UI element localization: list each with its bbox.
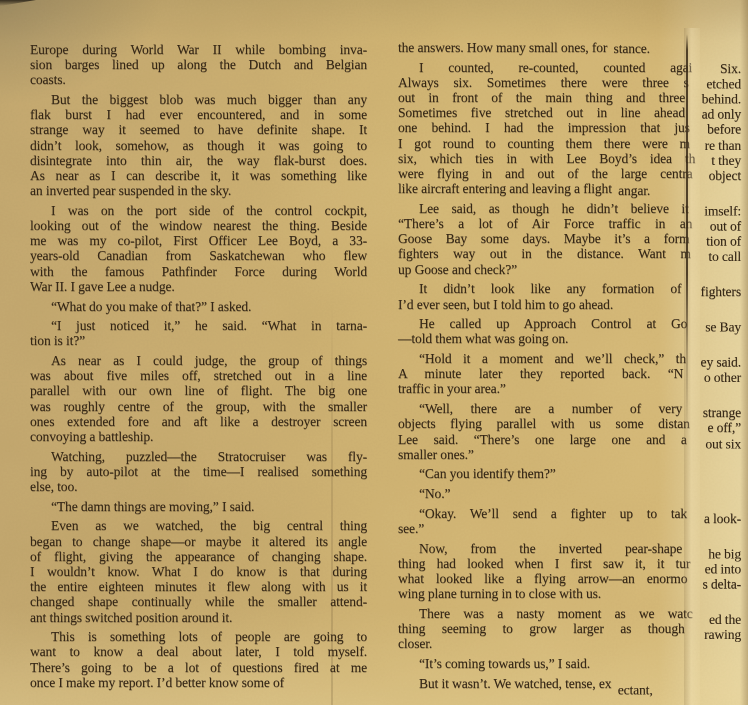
line-text: changed shape continually while the smal… (30, 594, 367, 609)
line-text: wing plane turning in to close with us. (398, 586, 601, 601)
line-text: thing had looked when I first saw it, it… (398, 556, 690, 571)
line-text: six, which ties in with Lee Boyd’s idea … (398, 151, 695, 166)
line-text: There’s going to be a lot of questions f… (30, 660, 367, 675)
line-text: see.” (398, 521, 424, 536)
text-line: “The damn things are moving,” I said. (30, 499, 367, 514)
text-line: This is something lots of people are goi… (30, 629, 367, 644)
line-text: closer. (398, 636, 432, 651)
text-line: smaller ones.” (398, 447, 741, 462)
line-text: with the famous Pathfinder Force during … (30, 264, 367, 279)
text-line: like aircraft entering and leaving a fli… (398, 181, 741, 196)
paragraph: “No.” (398, 486, 741, 501)
fold-shifted-text: tion of (706, 234, 741, 249)
text-line: else, too. (30, 479, 367, 494)
text-line: parallel with our own line of flight. Th… (30, 383, 367, 398)
paragraph: Europe during World War II while bombing… (30, 42, 367, 88)
line-text: years-old Canadian from Saskatchewan who… (30, 248, 367, 263)
text-line: I was on the port side of the control co… (30, 203, 367, 218)
paragraph: This is something lots of people are goi… (30, 629, 367, 690)
line-text: didn’t look, somehow, as though it was g… (30, 138, 367, 153)
text-line: convoying a battleship. (30, 429, 367, 444)
paragraph: “Well, there are a number of very strang… (398, 401, 741, 462)
line-text: Lee said, as though he didn’t believe it (419, 201, 689, 216)
fold-shifted-text: se Bay (705, 319, 741, 334)
text-line: ant things switched position around it. (30, 610, 367, 625)
paragraph: Even as we watched, the big central thin… (30, 518, 367, 624)
text-line: want to know a deal about later, I told … (30, 644, 367, 659)
text-line: traffic in your area.” (398, 381, 741, 396)
line-text: me was my co-pilot, First Officer Lee Bo… (30, 233, 367, 248)
line-text: disintegrate into thin air, the way flak… (30, 153, 367, 168)
text-line: wing plane turning in to close with us. (398, 586, 741, 601)
text-line: the entire eighteen minutes it flew alon… (30, 579, 367, 594)
text-line: looking out of the window nearest the th… (30, 218, 367, 233)
line-text: once I make my report. I’d better know s… (30, 675, 284, 690)
text-line: one behind. I had the impression that ju… (398, 120, 741, 135)
fold-shifted-text: object (709, 168, 741, 183)
line-text: strange way it seemed to have definite s… (30, 122, 367, 137)
text-line: But the biggest blob was much bigger tha… (30, 92, 367, 107)
text-line: “I just noticed it,” he said. “What in t… (30, 318, 367, 333)
text-line: “No.” (398, 486, 741, 501)
fold-shifted-text: re than (705, 137, 741, 152)
text-line: ing by auto-pilot at the time—I realised… (30, 464, 367, 479)
text-line: disintegrate into thin air, the way flak… (30, 153, 367, 168)
text-line: I counted, re-counted, counted agai Six. (398, 60, 741, 75)
line-text: Sometimes five stretched out in line ahe… (398, 105, 685, 120)
line-text: As near as I can describe it, it was som… (30, 168, 367, 183)
line-text: I wouldn’t know. What I do know is that … (30, 564, 367, 579)
line-text: “Well, there are a number of very (419, 401, 682, 416)
line-text: one behind. I had the impression that ju… (398, 120, 690, 135)
line-text: sion barges lined up along the Dutch and… (30, 57, 367, 72)
line-text: coasts. (30, 72, 66, 87)
paragraph: But the biggest blob was much bigger tha… (30, 92, 367, 198)
fold-shifted-text: stance. (614, 41, 650, 56)
line-text: want to know a deal about later, I told … (30, 644, 367, 659)
fold-shifted-text: strange (703, 405, 741, 420)
text-line: Always six. Sometimes there were three s… (398, 75, 741, 90)
text-line: thing had looked when I first saw it, it… (398, 556, 741, 571)
line-text: Lee said. “There’s one large one and a (398, 432, 687, 447)
line-text: smaller ones.” (398, 447, 474, 462)
paragraph: “Can you identify them?” (398, 466, 741, 481)
line-text: was roughly centre of the group, with th… (30, 399, 367, 414)
paragraph: He called up Approach Control at Go se B… (398, 316, 741, 346)
paragraph: “Hold it a moment and we’ll check,” th e… (398, 351, 741, 397)
fold-shifted-text: ed into (705, 561, 741, 576)
text-line: six, which ties in with Lee Boyd’s idea … (398, 151, 741, 166)
line-text: looking out of the window nearest the th… (30, 218, 367, 233)
line-text: ant things switched position around it. (30, 610, 232, 625)
line-text: parallel with our own line of flight. Th… (30, 383, 367, 398)
text-line: was about five miles off, stretched out … (30, 368, 367, 383)
text-line: “Okay. We’ll send a fighter up to tak a … (398, 506, 741, 521)
line-text: “I just noticed it,” he said. “What in t… (51, 318, 367, 333)
line-text: fighters way out in the distance. Want m (398, 246, 691, 261)
line-text: “Hold it a moment and we’ll check,” th (419, 351, 686, 366)
fold-shifted-text: ey said. (701, 355, 741, 370)
text-line: —told them what was going on. (398, 331, 741, 346)
text-line: Europe during World War II while bombing… (30, 42, 367, 57)
text-line: was roughly centre of the group, with th… (30, 399, 367, 414)
line-text: was about five miles off, stretched out … (30, 368, 367, 383)
text-line: Now, from the inverted pear-shape he big (398, 541, 741, 556)
text-line: years-old Canadian from Saskatchewan who… (30, 248, 367, 263)
text-line: Lee said, as though he didn’t believe it… (398, 201, 741, 216)
text-line: flak burst I had ever encountered, and i… (30, 107, 367, 122)
paragraph: It didn’t look like any formation of fig… (398, 281, 741, 311)
text-line: once I make my report. I’d better know s… (30, 675, 367, 690)
fold-shifted-text: out six (705, 436, 741, 451)
paragraph: As near as I could judge, the group of t… (30, 353, 367, 444)
magazine-page: Europe during World War II while bombing… (0, 0, 748, 705)
line-text: Goose Bay some days. Maybe it’s a form (398, 231, 689, 246)
paragraph: I counted, re-counted, counted agai Six.… (398, 60, 741, 197)
text-line: changed shape continually while the smal… (30, 594, 367, 609)
line-text: else, too. (30, 479, 77, 494)
text-line: “Well, there are a number of very strang… (398, 401, 741, 416)
text-line: coasts. (30, 72, 367, 87)
line-text: —told them what was going on. (398, 331, 568, 346)
line-text: War II. I gave Lee a nudge. (30, 279, 175, 294)
text-line: ones extended fore and aft like a destro… (30, 414, 367, 429)
line-text: As near as I could judge, the group of t… (51, 353, 367, 368)
text-line: I wouldn’t know. What I do know is that … (30, 564, 367, 579)
text-line: Sometimes five stretched out in line ahe… (398, 105, 741, 120)
line-text: convoying a battleship. (30, 429, 153, 444)
line-text: the entire eighteen minutes it flew alon… (30, 579, 367, 594)
line-text: Now, from the inverted pear-shape (419, 541, 682, 556)
line-text: This is something lots of people are goi… (51, 629, 367, 644)
fold-shifted-text: imself: (704, 203, 741, 218)
fold-shifted-text: Six. (720, 61, 741, 76)
text-line: strange way it seemed to have definite s… (30, 122, 367, 137)
fold-shifted-text: out of (710, 219, 741, 234)
text-line: Goose Bay some days. Maybe it’s a form t… (398, 231, 741, 246)
text-line: what looked like a flying arrow—an enorm… (398, 571, 741, 586)
line-text: He called up Approach Control at Go (419, 316, 687, 331)
fold-shifted-text: he big (708, 546, 741, 561)
line-text: I counted, re-counted, counted agai (419, 60, 692, 75)
line-text: There was a nasty moment as we watc (419, 606, 693, 621)
text-line: sion barges lined up along the Dutch and… (30, 57, 367, 72)
paragraph: I was on the port side of the control co… (30, 203, 367, 294)
text-line: “Hold it a moment and we’ll check,” th e… (398, 351, 741, 366)
text-column-right: the answers. How many small ones, for st… (398, 0, 741, 691)
line-text: “There’s a lot of Air Force traffic in a… (398, 216, 692, 231)
text-line: were flying in and out of the large cent… (398, 166, 741, 181)
text-line: of flight, giving the appearance of chan… (30, 549, 367, 564)
text-line: A minute later they reported back. “N o … (398, 366, 741, 381)
paragraph: Lee said, as though he didn’t believe it… (398, 201, 741, 277)
line-text: I’d ever seen, but I told him to go ahea… (398, 297, 613, 312)
line-text: I got round to counting them there were … (398, 136, 690, 151)
fold-shifted-text: behind. (702, 91, 741, 106)
paragraph: There was a nasty moment as we watc ed t… (398, 606, 741, 652)
text-line: There was a nasty moment as we watc ed t… (398, 606, 741, 621)
line-text: what looked like a flying arrow—an enorm… (398, 571, 687, 586)
text-line: There’s going to be a lot of questions f… (30, 660, 367, 675)
paragraph: “It’s coming towards us,” I said. (398, 656, 741, 671)
fold-shifted-text: o other (704, 370, 741, 385)
fold-shifted-text: ectant, (618, 682, 653, 697)
paragraph: “The damn things are moving,” I said. (30, 499, 367, 514)
fold-shifted-text: to call (708, 249, 741, 264)
text-line: “What do you make of that?” I asked. (30, 299, 367, 314)
paragraph: “What do you make of that?” I asked. (30, 299, 367, 314)
line-text: Europe during World War II while bombing… (30, 42, 367, 57)
text-line: didn’t look, somehow, as though it was g… (30, 138, 367, 153)
line-text: I was on the port side of the control co… (51, 203, 367, 218)
line-text: But it wasn’t. We watched, tense, ex (419, 676, 611, 691)
text-line: see.” (398, 521, 741, 536)
fold-shifted-text: e off,” (707, 421, 741, 436)
line-text: thing seeming to grow larger as though (398, 621, 685, 636)
text-line: I’d ever seen, but I told him to go ahea… (398, 297, 741, 312)
line-text: “The damn things are moving,” I said. (51, 499, 254, 514)
line-text: tion is it?” (30, 333, 85, 348)
text-line: It didn’t look like any formation of fig… (398, 281, 741, 296)
line-text: up Goose and check?” (398, 262, 517, 277)
paragraph: But it wasn’t. We watched, tense, ex ect… (398, 676, 741, 691)
text-line: tion is it?” (30, 333, 367, 348)
paragraph: Watching, puzzled—the Stratocruiser was … (30, 449, 367, 495)
line-text: “No.” (419, 486, 450, 501)
fold-shifted-text: a look- (704, 511, 741, 526)
paragraph: Now, from the inverted pear-shape he big… (398, 541, 741, 602)
page-right-edge-shading (740, 0, 748, 705)
screenshot-root: { "colors": { "paper_base": "#cfb375", "… (0, 0, 748, 705)
text-line: me was my co-pilot, First Officer Lee Bo… (30, 233, 367, 248)
line-text: traffic in your area.” (398, 381, 506, 396)
text-line: objects flying parallel with us some dis… (398, 416, 741, 431)
fold-shifted-text: angar. (618, 183, 650, 198)
line-text: like aircraft entering and leaving a fli… (398, 181, 612, 196)
fold-shifted-text: etched (706, 76, 741, 91)
fold-shifted-text: ed the (709, 612, 741, 627)
line-text: A minute later they reported back. “N (398, 366, 683, 381)
text-line: closer. (398, 636, 741, 651)
line-text: ones extended fore and aft like a destro… (30, 414, 367, 429)
line-text: “Can you identify them?” (419, 466, 556, 481)
line-text: Watching, puzzled—the Stratocruiser was … (51, 449, 367, 464)
line-text: began to change shape—or maybe it altere… (30, 534, 367, 549)
fold-shifted-text: rawing (704, 627, 741, 642)
line-text: ing by auto-pilot at the time—I realised… (30, 464, 367, 479)
text-line: Lee said. “There’s one large one and a o… (398, 432, 741, 447)
line-text: were flying in and out of the large cent… (398, 166, 693, 181)
line-text: But the biggest blob was much bigger tha… (51, 92, 367, 107)
text-line: fighters way out in the distance. Want m… (398, 246, 741, 261)
fold-shifted-text: s delta- (702, 577, 741, 592)
line-text: Always six. Sometimes there were three s (398, 75, 689, 90)
text-line: Watching, puzzled—the Stratocruiser was … (30, 449, 367, 464)
paragraph: “Okay. We’ll send a fighter up to tak a … (398, 506, 741, 536)
line-text: It didn’t look like any formation of (419, 281, 681, 296)
line-text: Even as we watched, the big central thin… (51, 518, 367, 533)
text-line: He called up Approach Control at Go se B… (398, 316, 741, 331)
fold-shifted-text: t they (711, 153, 741, 168)
fold-shifted-text: fighters (701, 284, 741, 299)
text-line: War II. I gave Lee a nudge. (30, 279, 367, 294)
text-line: thing seeming to grow larger as though r… (398, 621, 741, 636)
fold-shifted-text: before (707, 122, 741, 137)
text-line: out in front of the main thing and three… (398, 90, 741, 105)
text-line: began to change shape—or maybe it altere… (30, 534, 367, 549)
text-line: up Goose and check?” (398, 262, 741, 277)
line-text: “What do you make of that?” I asked. (51, 299, 251, 314)
paragraph: “I just noticed it,” he said. “What in t… (30, 318, 367, 348)
text-line: “It’s coming towards us,” I said. (398, 656, 741, 671)
text-line: “Can you identify them?” (398, 466, 741, 481)
fold-shifted-text: ad only (702, 107, 741, 122)
text-column-left: Europe during World War II while bombing… (30, 0, 367, 690)
line-text: “It’s coming towards us,” I said. (419, 656, 590, 671)
paragraph: the answers. How many small ones, for st… (398, 40, 741, 55)
line-text: an inverted pear suspended in the sky. (30, 183, 231, 198)
text-line: I got round to counting them there were … (398, 136, 741, 151)
text-line: “There’s a lot of Air Force traffic in a… (398, 216, 741, 231)
text-line: Even as we watched, the big central thin… (30, 518, 367, 533)
line-text: “Okay. We’ll send a fighter up to tak (419, 506, 687, 521)
line-text: flak burst I had ever encountered, and i… (30, 107, 367, 122)
line-text: the answers. How many small ones, for (398, 40, 607, 55)
text-line: As near as I can describe it, it was som… (30, 168, 367, 183)
text-line: the answers. How many small ones, for st… (398, 40, 741, 55)
text-line: with the famous Pathfinder Force during … (30, 264, 367, 279)
line-text: of flight, giving the appearance of chan… (30, 549, 367, 564)
line-text: objects flying parallel with us some dis… (398, 416, 690, 431)
text-line: But it wasn’t. We watched, tense, ex ect… (398, 676, 741, 691)
text-line: As near as I could judge, the group of t… (30, 353, 367, 368)
text-line: an inverted pear suspended in the sky. (30, 183, 367, 198)
line-text: out in front of the main thing and three (398, 90, 685, 105)
